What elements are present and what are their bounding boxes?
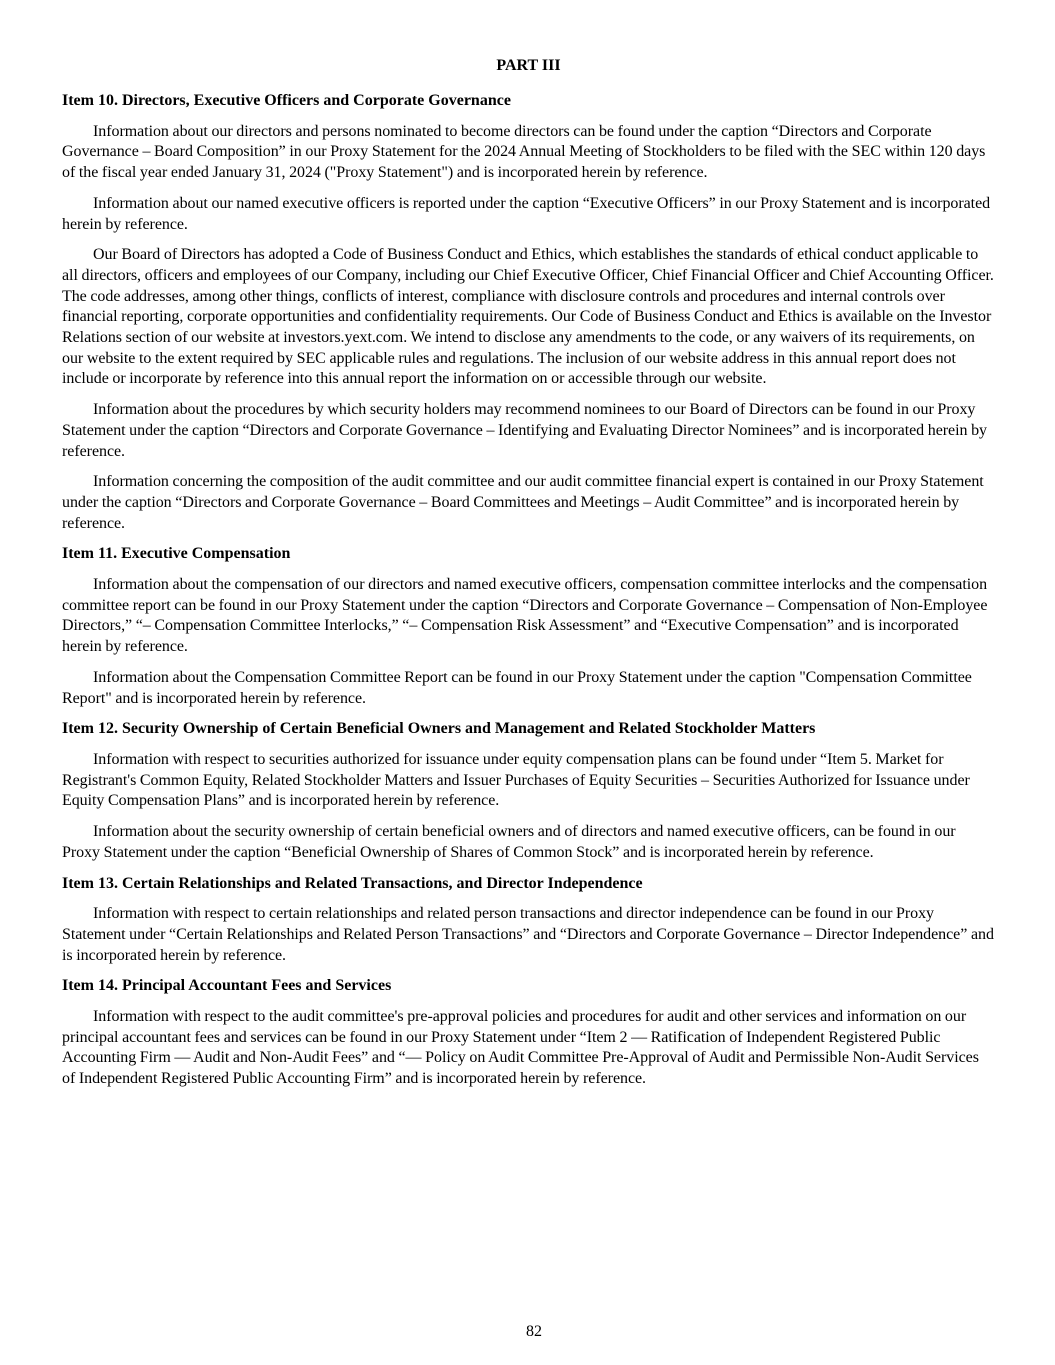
section-item-14: Item 14. Principal Accountant Fees and S… bbox=[62, 976, 995, 1090]
item-10-paragraph-3: Our Board of Directors has adopted a Cod… bbox=[62, 245, 995, 390]
section-item-13: Item 13. Certain Relationships and Relat… bbox=[62, 874, 995, 967]
item-10-paragraph-5: Information concerning the composition o… bbox=[62, 472, 995, 534]
item-10-paragraph-1: Information about our directors and pers… bbox=[62, 122, 995, 184]
item-10-heading: Item 10. Directors, Executive Officers a… bbox=[62, 91, 995, 112]
item-11-heading: Item 11. Executive Compensation bbox=[62, 544, 995, 565]
section-item-10: Item 10. Directors, Executive Officers a… bbox=[62, 91, 995, 534]
item-13-heading: Item 13. Certain Relationships and Relat… bbox=[62, 874, 995, 895]
item-11-paragraph-1: Information about the compensation of ou… bbox=[62, 575, 995, 658]
part-title: PART III bbox=[62, 56, 995, 76]
item-10-paragraph-4: Information about the procedures by whic… bbox=[62, 400, 995, 462]
item-10-paragraph-2: Information about our named executive of… bbox=[62, 194, 995, 235]
item-12-heading: Item 12. Security Ownership of Certain B… bbox=[62, 719, 995, 740]
item-11-paragraph-2: Information about the Compensation Commi… bbox=[62, 668, 995, 709]
item-12-paragraph-2: Information about the security ownership… bbox=[62, 822, 995, 863]
item-14-heading: Item 14. Principal Accountant Fees and S… bbox=[62, 976, 995, 997]
section-item-12: Item 12. Security Ownership of Certain B… bbox=[62, 719, 995, 863]
section-item-11: Item 11. Executive Compensation Informat… bbox=[62, 544, 995, 709]
page-number: 82 bbox=[0, 1322, 1055, 1342]
item-14-paragraph-1: Information with respect to the audit co… bbox=[62, 1007, 995, 1090]
item-13-paragraph-1: Information with respect to certain rela… bbox=[62, 904, 995, 966]
document-page: PART III Item 10. Directors, Executive O… bbox=[62, 56, 995, 1100]
item-12-paragraph-1: Information with respect to securities a… bbox=[62, 750, 995, 812]
